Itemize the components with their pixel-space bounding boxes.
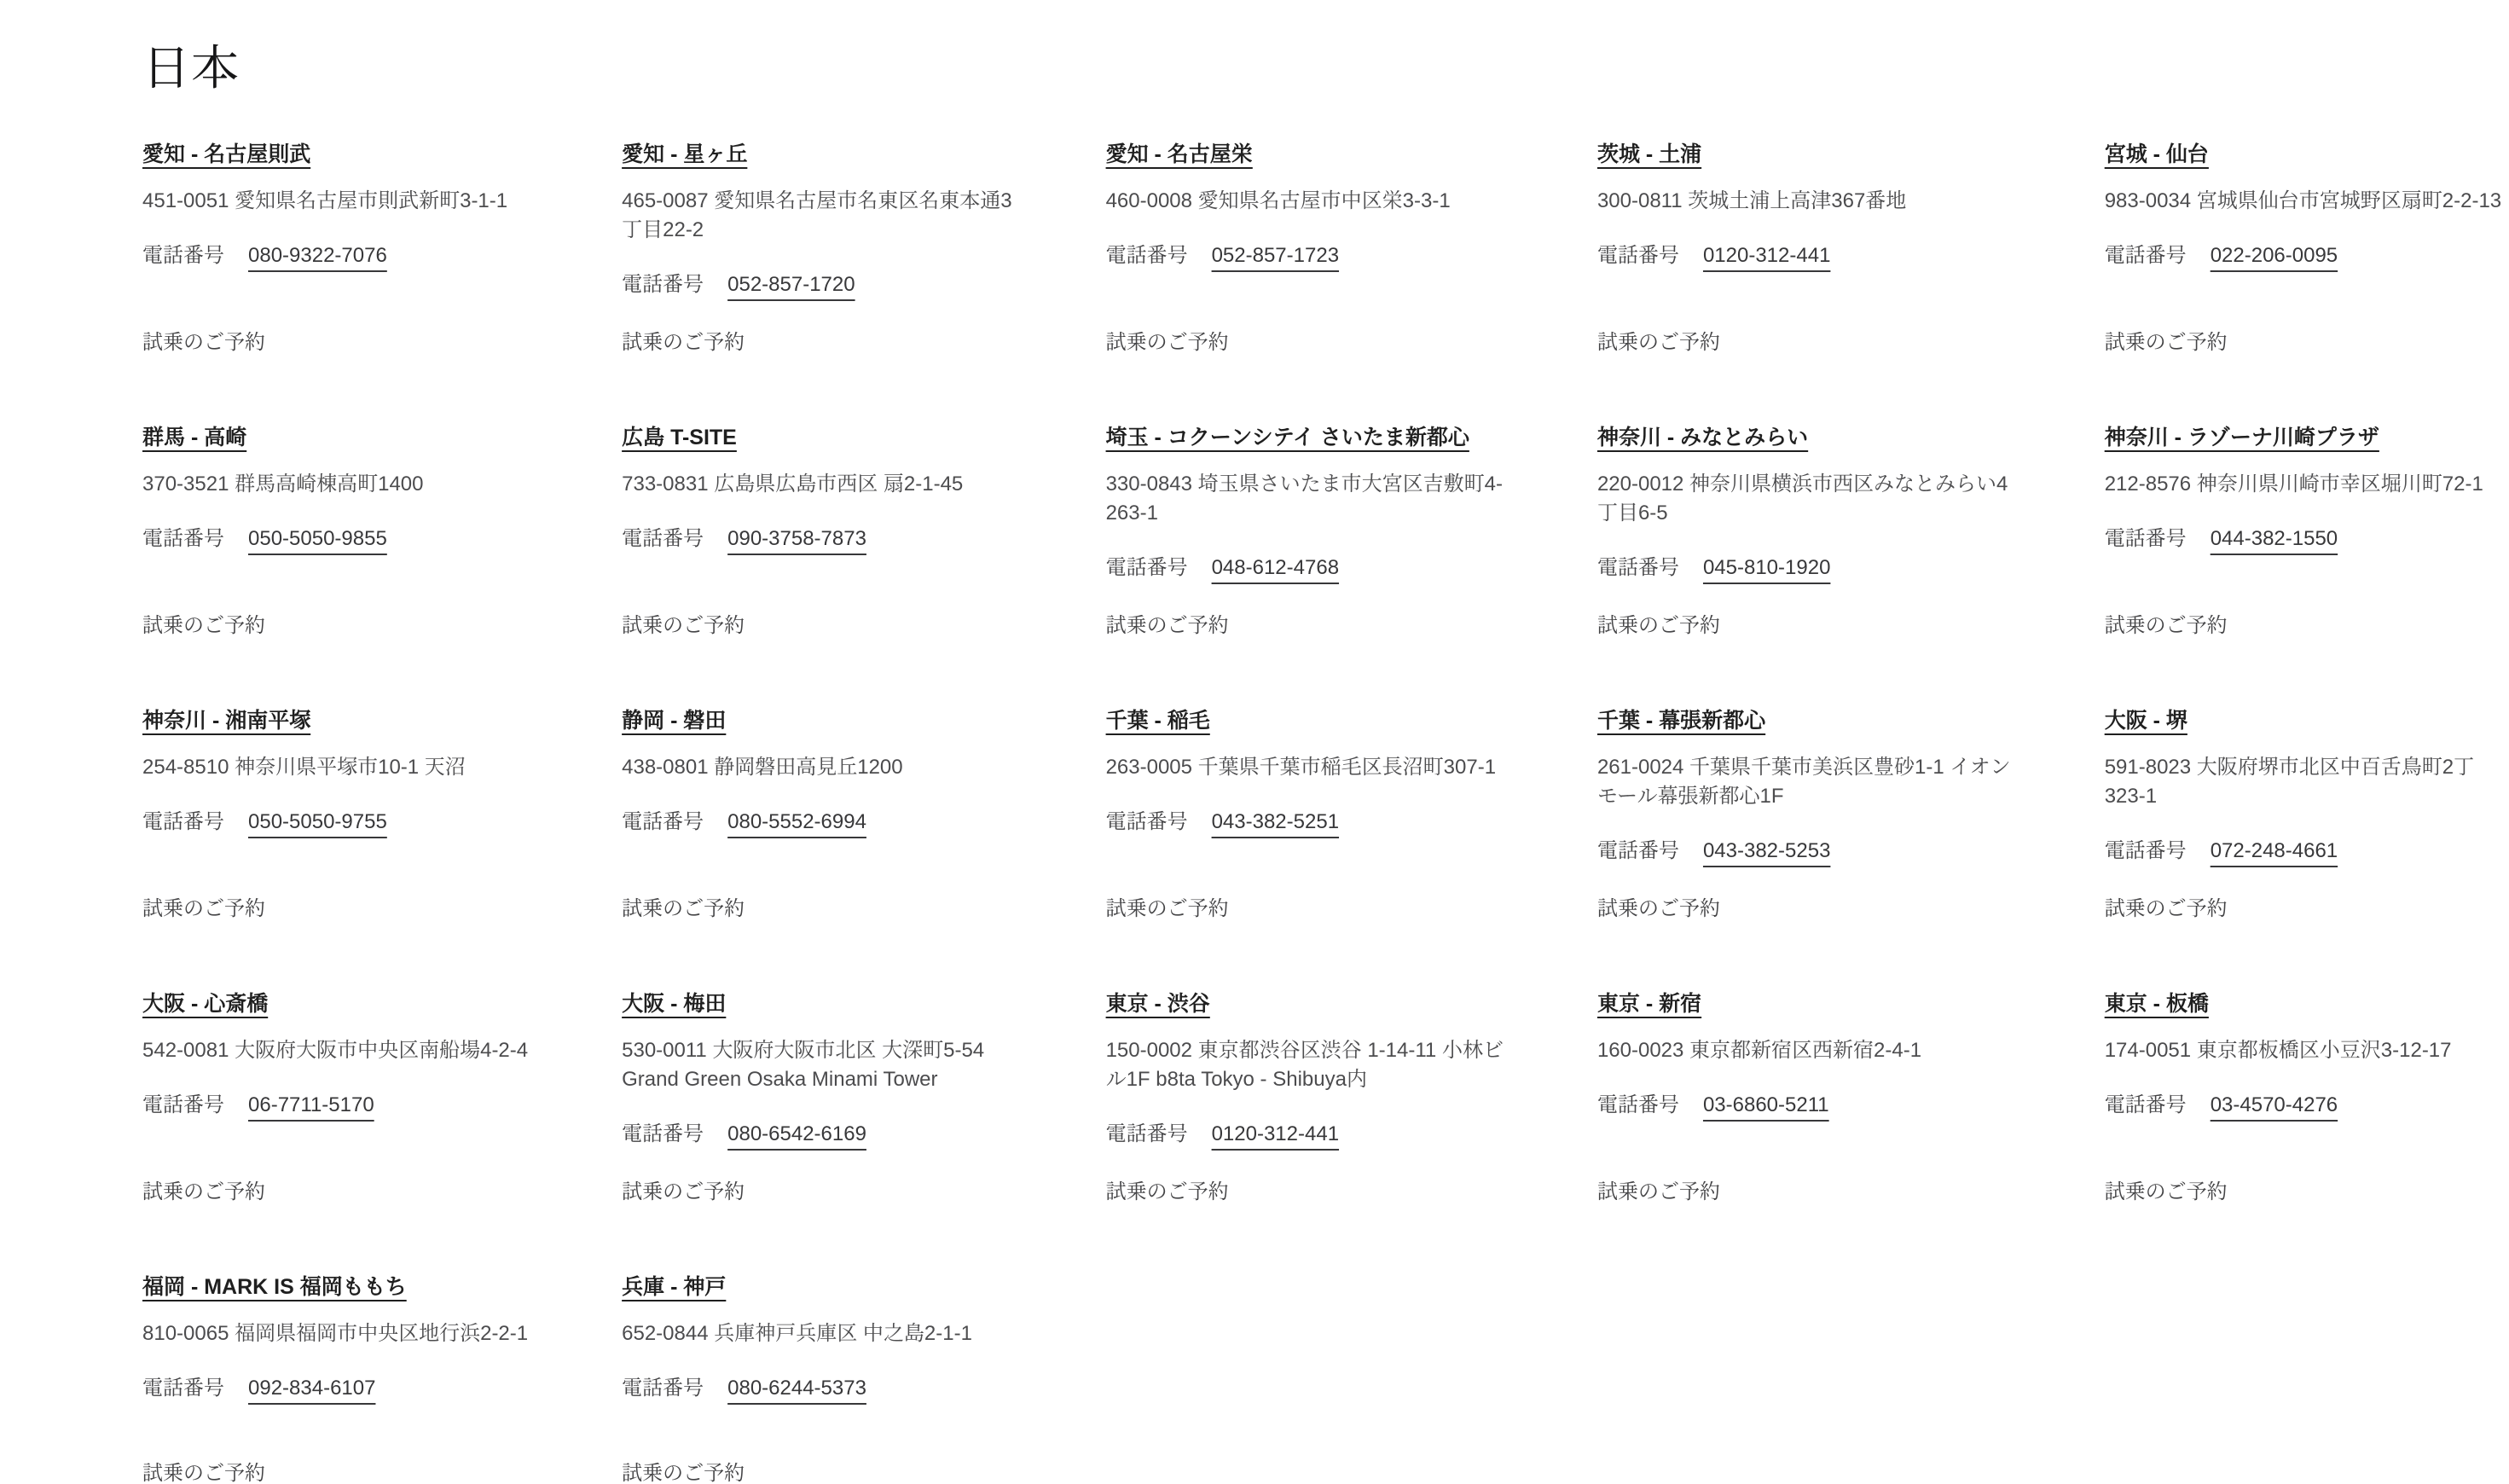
phone-number-link[interactable]: 045-810-1920 <box>1703 554 1830 583</box>
location-card: 東京 - 新宿 160-0023 東京都新宿区西新宿2-4-1 電話番号 03-… <box>1597 989 2011 1206</box>
location-phone-row: 電話番号 050-5050-9755 <box>142 808 528 837</box>
location-name-link[interactable]: 広島 T-SITE <box>622 423 737 452</box>
location-name-link[interactable]: 茨城 - 土浦 <box>1597 140 1701 169</box>
phone-number-link[interactable]: 022-206-0095 <box>2211 241 2338 270</box>
phone-label: 電話番号 <box>1106 241 1188 270</box>
test-drive-link[interactable]: 試乗のご予約 <box>2105 866 2228 923</box>
test-drive-link[interactable]: 試乗のご予約 <box>1597 299 1720 357</box>
phone-number-link[interactable]: 03-4570-4276 <box>2211 1091 2338 1120</box>
location-name-link[interactable]: 神奈川 - 湘南平塚 <box>142 706 310 735</box>
location-phone-row: 電話番号 080-5552-6994 <box>622 808 1011 837</box>
location-card: 神奈川 - みなとみらい 220-0012 神奈川県横浜市西区みなとみらい4 丁… <box>1597 423 2011 640</box>
phone-number-link[interactable]: 048-612-4768 <box>1212 554 1339 583</box>
phone-label: 電話番号 <box>622 1120 704 1149</box>
test-drive-link[interactable]: 試乗のご予約 <box>1106 1149 1229 1206</box>
location-card: 広島 T-SITE 733-0831 広島県広島市西区 扇2-1-45 電話番号… <box>622 423 1011 640</box>
location-address: 261-0024 千葉県千葉市美浜区豊砂1-1 イオン モール幕張新都心1F <box>1597 753 2011 811</box>
location-card: 千葉 - 幕張新都心 261-0024 千葉県千葉市美浜区豊砂1-1 イオン モ… <box>1597 706 2011 923</box>
location-name-link[interactable]: 大阪 - 梅田 <box>622 989 726 1018</box>
location-card: 宮城 - 仙台 983-0034 宮城県仙台市宮城野区扇町2-2-13 電話番号… <box>2105 140 2501 357</box>
location-name-link[interactable]: 神奈川 - ラゾーナ川崎プラザ <box>2105 423 2379 452</box>
location-address: 150-0002 東京都渋谷区渋谷 1-14-11 小林ビ ル1F b8ta T… <box>1106 1036 1504 1094</box>
location-name-link[interactable]: 千葉 - 幕張新都心 <box>1597 706 1765 735</box>
phone-number-link[interactable]: 080-6542-6169 <box>727 1120 866 1149</box>
phone-number-link[interactable]: 03-6860-5211 <box>1703 1091 1829 1120</box>
location-name-link[interactable]: 静岡 - 磐田 <box>622 706 726 735</box>
location-name-link[interactable]: 東京 - 新宿 <box>1597 989 1701 1018</box>
location-phone-row: 電話番号 050-5050-9855 <box>142 525 528 554</box>
location-phone-row: 電話番号 0120-312-441 <box>1106 1120 1504 1149</box>
location-phone-row: 電話番号 043-382-5251 <box>1106 808 1504 837</box>
test-drive-link[interactable]: 試乗のご予約 <box>622 299 745 357</box>
phone-label: 電話番号 <box>142 1374 224 1403</box>
phone-label: 電話番号 <box>1597 837 1679 866</box>
test-drive-link[interactable]: 試乗のご予約 <box>142 1149 265 1206</box>
phone-number-link[interactable]: 052-857-1720 <box>727 270 855 299</box>
phone-number-link[interactable]: 0120-312-441 <box>1212 1120 1339 1149</box>
location-phone-row: 電話番号 092-834-6107 <box>142 1374 528 1403</box>
test-drive-link[interactable]: 試乗のご予約 <box>622 1149 745 1206</box>
location-card: 静岡 - 磐田 438-0801 静岡磐田高見丘1200 電話番号 080-55… <box>622 706 1011 923</box>
phone-label: 電話番号 <box>1106 1120 1188 1149</box>
phone-number-link[interactable]: 080-5552-6994 <box>727 808 866 837</box>
phone-label: 電話番号 <box>1597 554 1679 583</box>
location-name-link[interactable]: 埼玉 - コクーンシテイ さいたま新都心 <box>1106 423 1469 452</box>
location-phone-row: 電話番号 044-382-1550 <box>2105 525 2501 554</box>
test-drive-link[interactable]: 試乗のご予約 <box>2105 583 2228 640</box>
location-card: 茨城 - 土浦 300-0811 茨城土浦上高津367番地 電話番号 0120-… <box>1597 140 2011 357</box>
location-name-link[interactable]: 千葉 - 稲毛 <box>1106 706 1210 735</box>
location-card: 東京 - 板橋 174-0051 東京都板橋区小豆沢3-12-17 電話番号 0… <box>2105 989 2501 1206</box>
location-phone-row: 電話番号 080-6244-5373 <box>622 1374 1011 1403</box>
location-name-link[interactable]: 神奈川 - みなとみらい <box>1597 423 1808 452</box>
test-drive-link[interactable]: 試乗のご予約 <box>622 583 745 640</box>
location-address: 438-0801 静岡磐田高見丘1200 <box>622 753 1011 782</box>
phone-number-link[interactable]: 080-6244-5373 <box>727 1374 866 1403</box>
location-phone-row: 電話番号 06-7711-5170 <box>142 1091 528 1120</box>
location-name-link[interactable]: 大阪 - 心斎橋 <box>142 989 268 1018</box>
location-address: 810-0065 福岡県福岡市中央区地行浜2-2-1 <box>142 1319 528 1348</box>
location-phone-row: 電話番号 043-382-5253 <box>1597 837 2011 866</box>
location-address: 174-0051 東京都板橋区小豆沢3-12-17 <box>2105 1036 2501 1065</box>
phone-label: 電話番号 <box>2105 1091 2187 1120</box>
locations-grid: 愛知 - 名古屋則武 451-0051 愛知県名古屋市則武新町3-1-1 電話番… <box>142 140 2475 1484</box>
location-address: 460-0008 愛知県名古屋市中区栄3-3-1 <box>1106 187 1504 216</box>
phone-label: 電話番号 <box>1597 1091 1679 1120</box>
location-address: 465-0087 愛知県名古屋市名東区名東本通3 丁目22-2 <box>622 187 1011 245</box>
location-card: 大阪 - 心斎橋 542-0081 大阪府大阪市中央区南船場4-2-4 電話番号… <box>142 989 528 1206</box>
location-phone-row: 電話番号 03-6860-5211 <box>1597 1091 2011 1120</box>
location-card: 愛知 - 名古屋栄 460-0008 愛知県名古屋市中区栄3-3-1 電話番号 … <box>1106 140 1504 357</box>
location-phone-row: 電話番号 080-6542-6169 <box>622 1120 1011 1149</box>
test-drive-link[interactable]: 試乗のご予約 <box>1106 866 1229 923</box>
location-address: 542-0081 大阪府大阪市中央区南船場4-2-4 <box>142 1036 528 1065</box>
location-address: 300-0811 茨城土浦上高津367番地 <box>1597 187 2011 216</box>
phone-number-link[interactable]: 044-382-1550 <box>2211 525 2338 554</box>
test-drive-link[interactable]: 試乗のご予約 <box>1597 1149 1720 1206</box>
location-phone-row: 電話番号 045-810-1920 <box>1597 554 2011 583</box>
location-address: 983-0034 宮城県仙台市宮城野区扇町2-2-13 <box>2105 187 2501 216</box>
location-name-link[interactable]: 群馬 - 高崎 <box>142 423 246 452</box>
location-address: 370-3521 群馬高崎棟高町1400 <box>142 470 528 499</box>
test-drive-link[interactable]: 試乗のご予約 <box>142 866 265 923</box>
location-card: 兵庫 - 神戸 652-0844 兵庫神戸兵庫区 中之島2-1-1 電話番号 0… <box>622 1272 1011 1484</box>
location-address: 591-8023 大阪府堺市北区中百舌鳥町2丁 323-1 <box>2105 753 2501 811</box>
phone-number-link[interactable]: 0120-312-441 <box>1703 241 1830 270</box>
phone-number-link[interactable]: 043-382-5251 <box>1212 808 1339 837</box>
phone-label: 電話番号 <box>142 808 224 837</box>
location-card: 群馬 - 高崎 370-3521 群馬高崎棟高町1400 電話番号 050-50… <box>142 423 528 640</box>
location-address: 451-0051 愛知県名古屋市則武新町3-1-1 <box>142 187 528 216</box>
phone-number-link[interactable]: 090-3758-7873 <box>727 525 866 554</box>
phone-label: 電話番号 <box>622 808 704 837</box>
location-name-link[interactable]: 東京 - 板橋 <box>2105 989 2209 1018</box>
location-card: 大阪 - 梅田 530-0011 大阪府大阪市北区 大深町5-54 Grand … <box>622 989 1011 1206</box>
location-phone-row: 電話番号 048-612-4768 <box>1106 554 1504 583</box>
test-drive-link[interactable]: 試乗のご予約 <box>142 583 265 640</box>
test-drive-link[interactable]: 試乗のご予約 <box>1106 299 1229 357</box>
location-card: 愛知 - 星ヶ丘 465-0087 愛知県名古屋市名東区名東本通3 丁目22-2… <box>622 140 1011 357</box>
location-address: 263-0005 千葉県千葉市稲毛区長沼町307-1 <box>1106 753 1504 782</box>
location-address: 220-0012 神奈川県横浜市西区みなとみらい4 丁目6-5 <box>1597 470 2011 528</box>
location-name-link[interactable]: 愛知 - 星ヶ丘 <box>622 140 747 169</box>
test-drive-link[interactable]: 試乗のご予約 <box>1597 866 1720 923</box>
phone-number-link[interactable]: 050-5050-9755 <box>248 808 387 837</box>
location-phone-row: 電話番号 022-206-0095 <box>2105 241 2501 270</box>
location-address: 212-8576 神奈川県川崎市幸区堀川町72-1 <box>2105 470 2501 499</box>
location-card: 愛知 - 名古屋則武 451-0051 愛知県名古屋市則武新町3-1-1 電話番… <box>142 140 528 357</box>
location-card: 神奈川 - 湘南平塚 254-8510 神奈川県平塚市10-1 天沼 電話番号 … <box>142 706 528 923</box>
test-drive-link[interactable]: 試乗のご予約 <box>1106 583 1229 640</box>
location-card: 千葉 - 稲毛 263-0005 千葉県千葉市稲毛区長沼町307-1 電話番号 … <box>1106 706 1504 923</box>
location-name-link[interactable]: 福岡 - MARK IS 福岡ももち <box>142 1272 407 1301</box>
test-drive-link[interactable]: 試乗のご予約 <box>622 866 745 923</box>
location-name-link[interactable]: 愛知 - 名古屋則武 <box>142 140 310 169</box>
phone-label: 電話番号 <box>2105 241 2187 270</box>
location-phone-row: 電話番号 03-4570-4276 <box>2105 1091 2501 1120</box>
location-card: 神奈川 - ラゾーナ川崎プラザ 212-8576 神奈川県川崎市幸区堀川町72-… <box>2105 423 2501 640</box>
location-name-link[interactable]: 愛知 - 名古屋栄 <box>1106 140 1253 169</box>
page-title: 日本 <box>142 38 2475 99</box>
phone-number-link[interactable]: 072-248-4661 <box>2211 837 2338 866</box>
location-phone-row: 電話番号 052-857-1720 <box>622 270 1011 299</box>
location-name-link[interactable]: 大阪 - 堺 <box>2105 706 2187 735</box>
phone-label: 電話番号 <box>1106 554 1188 583</box>
test-drive-link[interactable]: 試乗のご予約 <box>2105 299 2228 357</box>
test-drive-link[interactable]: 試乗のご予約 <box>142 299 265 357</box>
locations-page: 日本 愛知 - 名古屋則武 451-0051 愛知県名古屋市則武新町3-1-1 … <box>0 0 2509 1484</box>
location-name-link[interactable]: 東京 - 渋谷 <box>1106 989 1210 1018</box>
phone-label: 電話番号 <box>1106 808 1188 837</box>
phone-label: 電話番号 <box>1597 241 1679 270</box>
location-name-link[interactable]: 兵庫 - 神戸 <box>622 1272 726 1301</box>
phone-number-link[interactable]: 06-7711-5170 <box>248 1091 374 1120</box>
location-address: 330-0843 埼玉県さいたま市大宮区吉敷町4- 263-1 <box>1106 470 1504 528</box>
phone-label: 電話番号 <box>142 525 224 554</box>
location-phone-row: 電話番号 052-857-1723 <box>1106 241 1504 270</box>
test-drive-link[interactable]: 試乗のご予約 <box>142 1430 265 1484</box>
location-address: 254-8510 神奈川県平塚市10-1 天沼 <box>142 753 528 782</box>
phone-label: 電話番号 <box>622 525 704 554</box>
phone-number-link[interactable]: 050-5050-9855 <box>248 525 387 554</box>
location-address: 733-0831 広島県広島市西区 扇2-1-45 <box>622 470 1011 499</box>
test-drive-link[interactable]: 試乗のご予約 <box>622 1430 745 1484</box>
location-phone-row: 電話番号 072-248-4661 <box>2105 837 2501 866</box>
location-phone-row: 電話番号 090-3758-7873 <box>622 525 1011 554</box>
location-address: 160-0023 東京都新宿区西新宿2-4-1 <box>1597 1036 2011 1065</box>
phone-number-link[interactable]: 043-382-5253 <box>1703 837 1830 866</box>
location-name-link[interactable]: 宮城 - 仙台 <box>2105 140 2209 169</box>
phone-number-link[interactable]: 080-9322-7076 <box>248 241 387 270</box>
phone-number-link[interactable]: 052-857-1723 <box>1212 241 1339 270</box>
location-card: 大阪 - 堺 591-8023 大阪府堺市北区中百舌鳥町2丁 323-1 電話番… <box>2105 706 2501 923</box>
location-phone-row: 電話番号 0120-312-441 <box>1597 241 2011 270</box>
location-address: 530-0011 大阪府大阪市北区 大深町5-54 Grand Green Os… <box>622 1036 1011 1094</box>
test-drive-link[interactable]: 試乗のご予約 <box>2105 1149 2228 1206</box>
location-address: 652-0844 兵庫神戸兵庫区 中之島2-1-1 <box>622 1319 1011 1348</box>
phone-label: 電話番号 <box>622 1374 704 1403</box>
phone-label: 電話番号 <box>142 1091 224 1120</box>
location-card: 東京 - 渋谷 150-0002 東京都渋谷区渋谷 1-14-11 小林ビ ル1… <box>1106 989 1504 1206</box>
phone-label: 電話番号 <box>2105 837 2187 866</box>
test-drive-link[interactable]: 試乗のご予約 <box>1597 583 1720 640</box>
phone-number-link[interactable]: 092-834-6107 <box>248 1374 375 1403</box>
phone-label: 電話番号 <box>622 270 704 299</box>
location-card: 福岡 - MARK IS 福岡ももち 810-0065 福岡県福岡市中央区地行浜… <box>142 1272 528 1484</box>
phone-label: 電話番号 <box>2105 525 2187 554</box>
location-phone-row: 電話番号 080-9322-7076 <box>142 241 528 270</box>
phone-label: 電話番号 <box>142 241 224 270</box>
location-card: 埼玉 - コクーンシテイ さいたま新都心 330-0843 埼玉県さいたま市大宮… <box>1106 423 1504 640</box>
